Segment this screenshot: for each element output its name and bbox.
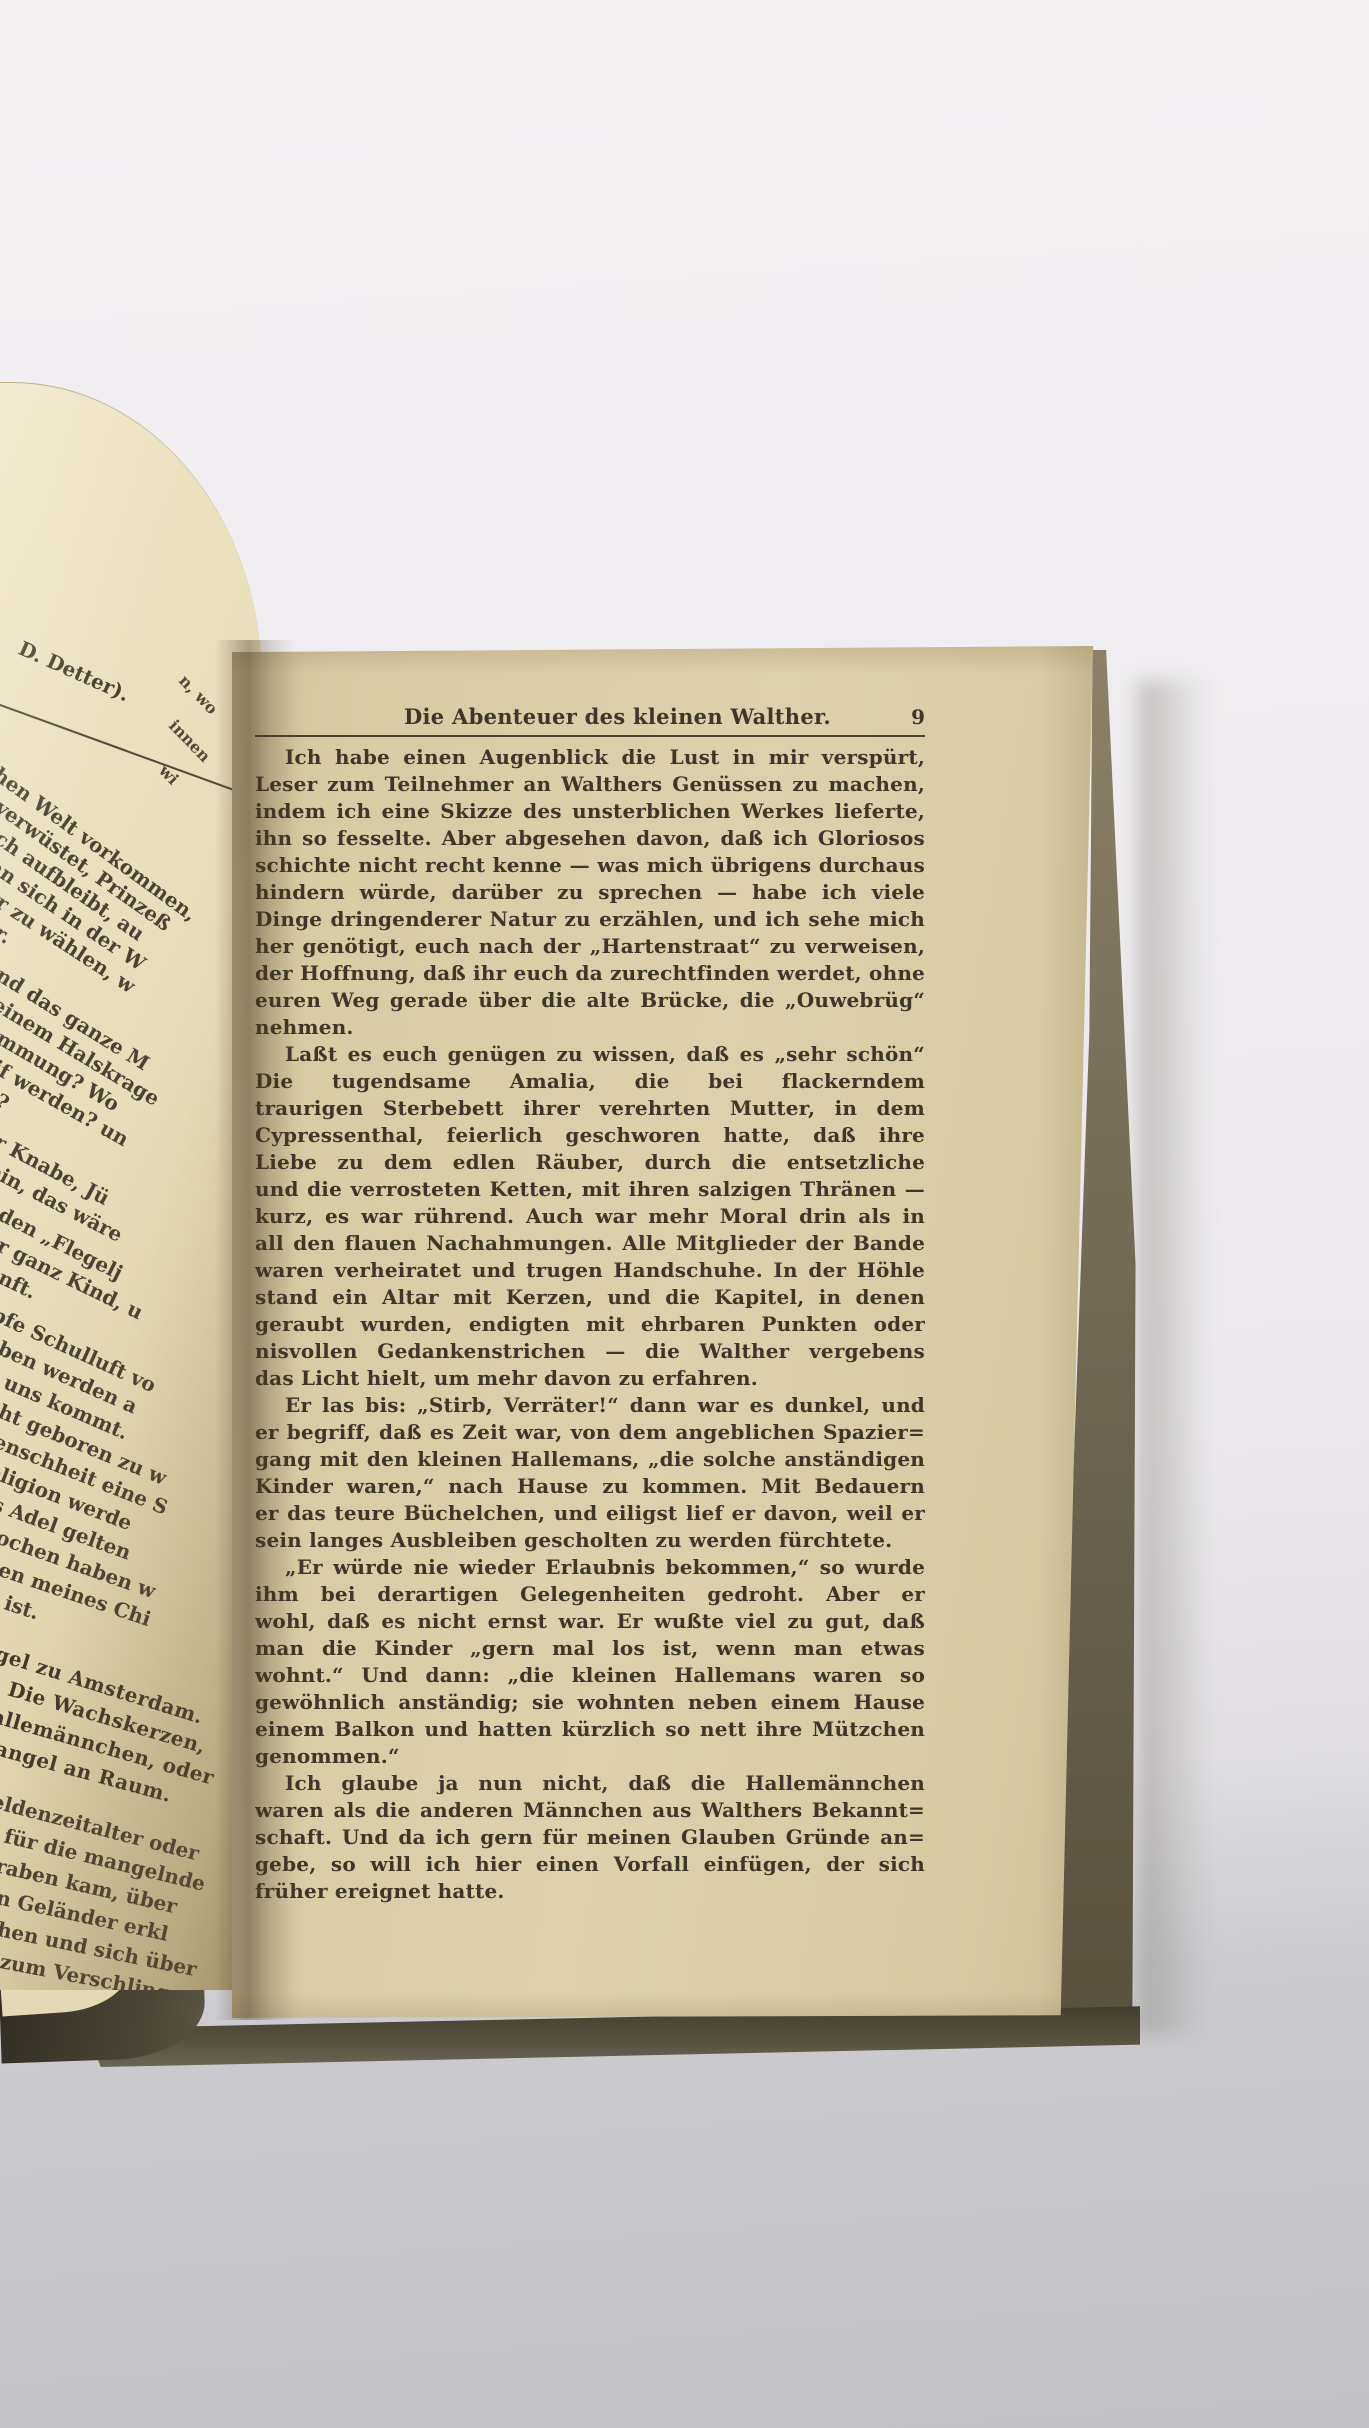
text-line: „Er würde nie wieder Erlaubnis bekommen,…: [255, 1555, 925, 1582]
text-line: Ich habe einen Augenblick die Lust in mi…: [255, 745, 925, 772]
text-line: und die verrosteten Ketten, mit ihren sa…: [255, 1177, 925, 1204]
text-line: er das teure Büchelchen, und eiligst lie…: [255, 1501, 925, 1528]
text-line: Cypressenthal, feierlich geschworen hatt…: [255, 1123, 925, 1150]
text-line: kurz, es war rührend. Auch war mehr Mora…: [255, 1204, 925, 1231]
right-page-body: Ich habe einen Augenblick die Lust in mi…: [255, 745, 925, 1906]
text-line: genommen.“: [255, 1744, 925, 1771]
text-line: Dinge dringenderer Natur zu erzählen, un…: [255, 907, 925, 934]
text-line: nisvollen Gedankenstrichen — die Walther…: [255, 1339, 925, 1366]
text-line: Leser zum Teilnehmer an Walthers Genüsse…: [255, 772, 925, 799]
text-line: hindern würde, darüber zu sprechen — hab…: [255, 880, 925, 907]
text-line: geraubt wurden, endigten mit ehrbaren Pu…: [255, 1312, 925, 1339]
page-number: 9: [911, 705, 925, 729]
text-line: Laßt es euch genügen zu wissen, daß es „…: [255, 1042, 925, 1069]
text-line: ihm bei derartigen Gelegenheiten gedroht…: [255, 1582, 925, 1609]
text-line: schichte nicht recht kenne — was mich üb…: [255, 853, 925, 880]
text-line: waren verheiratet und trugen Handschuhe.…: [255, 1258, 925, 1285]
text-line: indem ich eine Skizze des unsterblichen …: [255, 799, 925, 826]
book-shadow: [1138, 680, 1208, 2035]
text-line: euren Weg gerade über die alte Brücke, d…: [255, 988, 925, 1015]
text-line: wohnt.“ Und dann: „die kleinen Hallemans…: [255, 1663, 925, 1690]
text-line: er begriff, daß es Zeit war, von dem ang…: [255, 1420, 925, 1447]
left-page-header-fragment: D. Detter).: [15, 636, 133, 706]
text-line: gewöhnlich anständig; sie wohnten neben …: [255, 1690, 925, 1717]
right-page[interactable]: Die Abenteuer des kleinen Walther. 9 Ich…: [232, 646, 1108, 2018]
text-line: traurigen Sterbebett ihrer verehrten Mut…: [255, 1096, 925, 1123]
text-line: Ich glaube ja nun nicht, daß die Hallemä…: [255, 1771, 925, 1798]
text-line: waren als die anderen Männchen aus Walth…: [255, 1798, 925, 1825]
text-line: Kinder waren,“ nach Hause zu kommen. Mit…: [255, 1474, 925, 1501]
text-line: all den flauen Nachahmungen. Alle Mitgli…: [255, 1231, 925, 1258]
text-line: der Hoffnung, daß ihr euch da zurechtfin…: [255, 961, 925, 988]
text-line: nehmen.: [255, 1015, 925, 1042]
running-header: Die Abenteuer des kleinen Walther. 9: [255, 704, 925, 730]
left-gutter-fragment: wi: [155, 761, 182, 788]
text-line: Liebe zu dem edlen Räuber, durch die ent…: [255, 1150, 925, 1177]
text-line: wohl, daß es nicht ernst war. Er wußte v…: [255, 1609, 925, 1636]
text-line: stand ein Altar mit Kerzen, und die Kapi…: [255, 1285, 925, 1312]
text-line: früher ereignet hatte.: [255, 1879, 925, 1906]
text-line: her genötigt, euch nach der „Hartenstraa…: [255, 934, 925, 961]
text-line: sein langes Ausbleiben gescholten zu wer…: [255, 1528, 925, 1555]
header-rule: [255, 735, 925, 737]
text-line: gebe, so will ich hier einen Vorfall ein…: [255, 1852, 925, 1879]
running-header-title: Die Abenteuer des kleinen Walther.: [255, 704, 925, 729]
text-line: Die tugendsame Amalia, die bei flackernd…: [255, 1069, 925, 1096]
text-line: gang mit den kleinen Hallemans, „die sol…: [255, 1447, 925, 1474]
text-line: einem Balkon und hatten kürzlich so nett…: [255, 1717, 925, 1744]
left-gutter-fragment: n, wo: [175, 671, 221, 718]
left-page-turning[interactable]: D. Detter). lichen Welt vorkommen,te ver…: [0, 382, 262, 1990]
left-page-header-rule: [0, 701, 260, 800]
text-line: das Licht hielt, um mehr davon zu erfahr…: [255, 1366, 925, 1393]
text-line: ihn so fesselte. Aber abgesehen davon, d…: [255, 826, 925, 853]
text-line: schaft. Und da ich gern für meinen Glaub…: [255, 1825, 925, 1852]
text-line: Er las bis: „Stirb, Verräter!“ dann war …: [255, 1393, 925, 1420]
left-gutter-fragment: innen: [165, 716, 214, 766]
text-line: man die Kinder „gern mal los ist, wenn m…: [255, 1636, 925, 1663]
book-photo: D. Detter). lichen Welt vorkommen,te ver…: [0, 0, 1369, 2428]
